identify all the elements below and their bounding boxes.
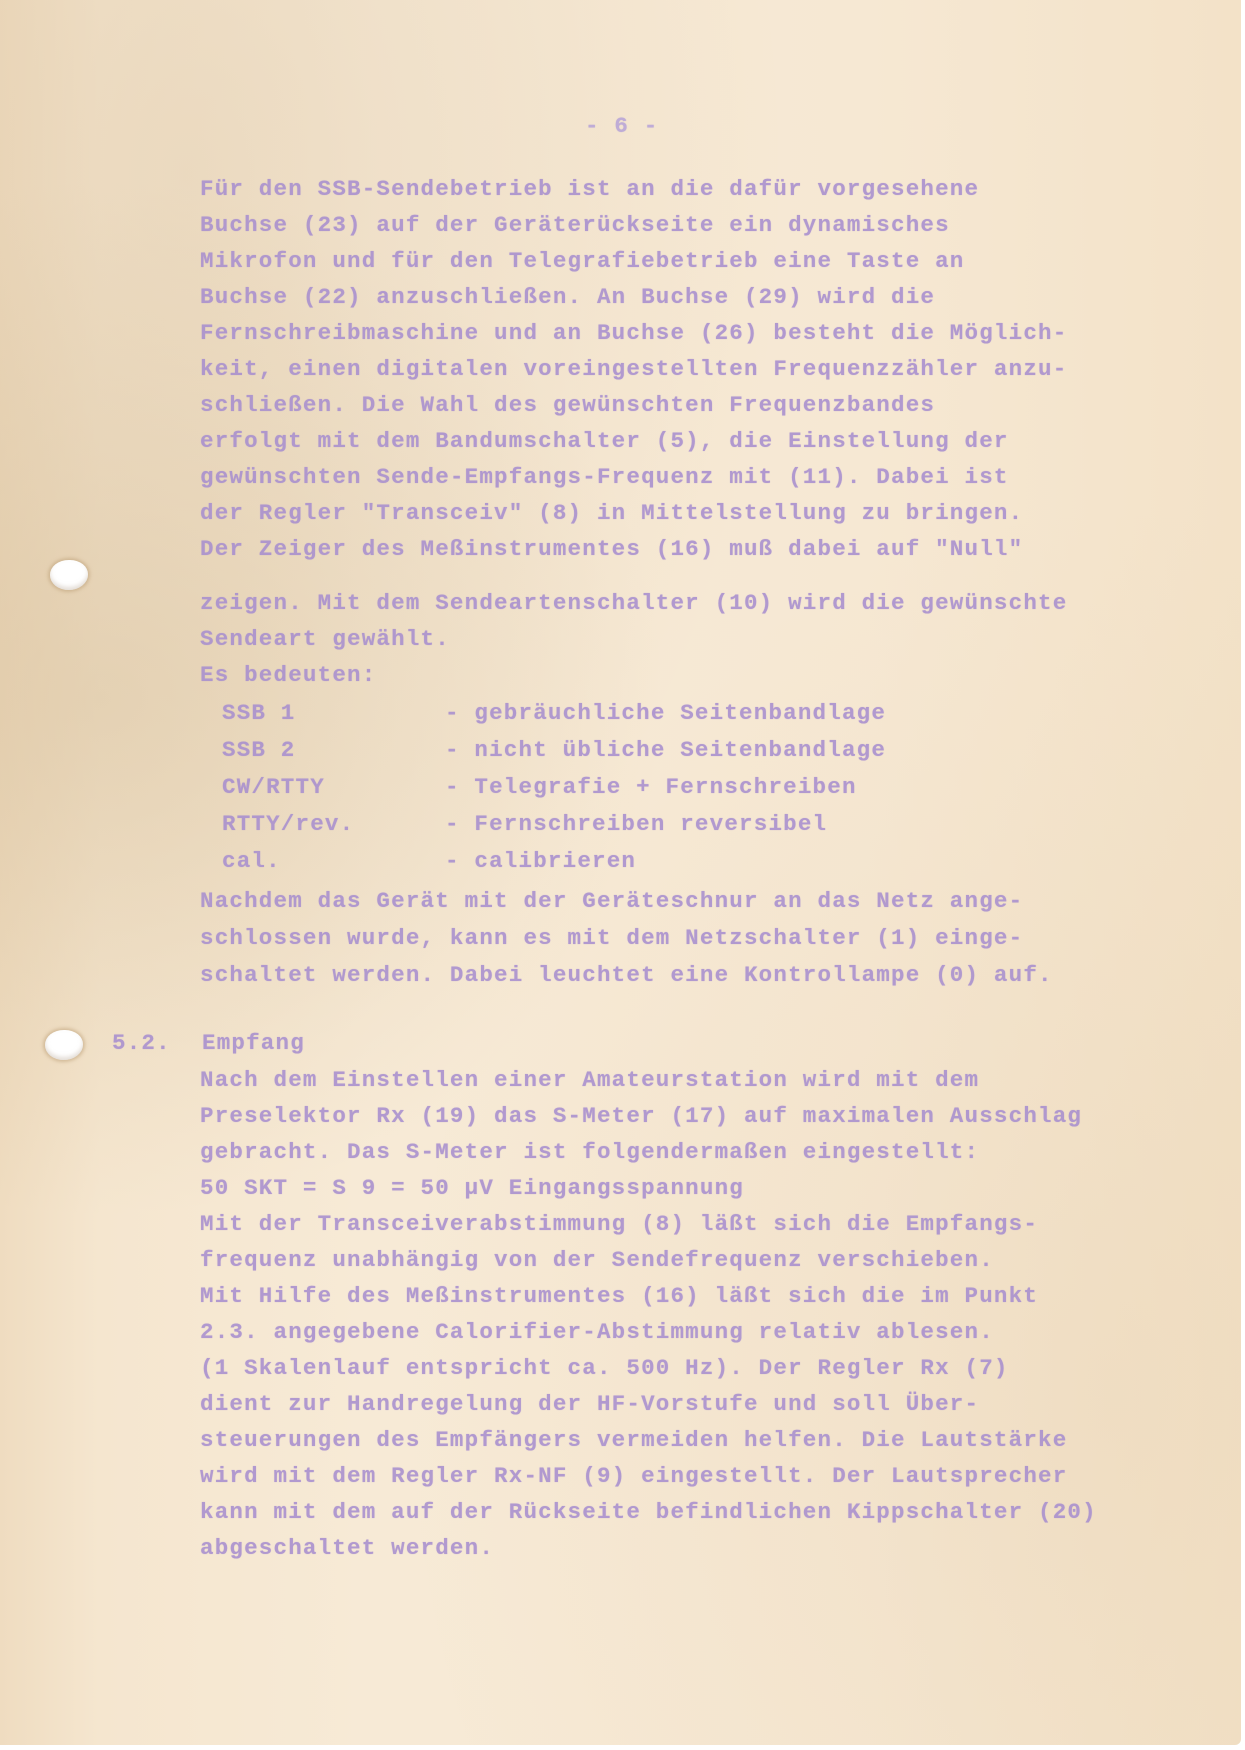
paragraph-line: Preselektor Rx (19) das S-Meter (17) auf… [200,1103,1082,1129]
paragraph-line: gewünschten Sende-Empfangs-Frequenz mit … [200,464,1009,490]
definition-meaning: - Fernschreiben reversibel [445,811,827,837]
paragraph-line: dient zur Handregelung der HF-Vorstufe u… [200,1391,979,1417]
paragraph-line: frequenz unabhängig von der Sendefrequen… [200,1247,994,1273]
paragraph-line: 50 SKT = S 9 = 50 µV Eingangsspannung [200,1175,744,1201]
definition-meaning: - calibrieren [445,848,636,874]
definition-term: cal. [222,848,281,874]
paragraph-line: (1 Skalenlauf entspricht ca. 500 Hz). De… [200,1355,1009,1381]
paragraph-line: der Regler "Transceiv" (8) in Mittelstel… [200,500,1023,526]
paper-sheet: - 6 - Für den SSB-Sendebetrieb ist an di… [0,0,1241,1745]
paragraph-line: 2.3. angegebene Calorifier-Abstimmung re… [200,1319,994,1345]
paragraph-line: Buchse (22) anzuschließen. An Buchse (29… [200,284,935,310]
paragraph-line: schließen. Die Wahl des gewünschten Freq… [200,392,935,418]
paragraph-line: Für den SSB-Sendebetrieb ist an die dafü… [200,176,979,202]
paragraph-line: kann mit dem auf der Rückseite befindlic… [200,1499,1097,1525]
punch-hole-top [50,560,88,590]
section-title: Empfang [202,1030,305,1056]
paragraph-line: Nachdem das Gerät mit der Geräteschnur a… [200,888,1023,914]
paragraph-line: wird mit dem Regler Rx-NF (9) eingestell… [200,1463,1067,1489]
definition-term: CW/RTTY [222,774,325,800]
punch-hole-bottom [45,1030,83,1060]
paragraph-line: abgeschaltet werden. [200,1535,494,1561]
definition-term: RTTY/rev. [222,811,354,837]
paragraph-line: erfolgt mit dem Bandumschalter (5), die … [200,428,1009,454]
paragraph-line: Mikrofon und für den Telegrafiebetrieb e… [200,248,965,274]
paragraph-line: schaltet werden. Dabei leuchtet eine Kon… [200,962,1053,988]
paragraph-line: Buchse (23) auf der Geräterückseite ein … [200,212,950,238]
definition-meaning: - nicht übliche Seitenbandlage [445,737,886,763]
paragraph-line: Fernschreibmaschine und an Buchse (26) b… [200,320,1067,346]
paragraph-line: Der Zeiger des Meßinstrumentes (16) muß … [200,536,1023,562]
definitions-heading: Es bedeuten: [200,662,376,688]
section-number: 5.2. [112,1030,171,1056]
paragraph-line: gebracht. Das S-Meter ist folgendermaßen… [200,1139,979,1165]
page-number: - 6 - [585,113,659,139]
paragraph-line: Mit Hilfe des Meßinstrumentes (16) läßt … [200,1283,1038,1309]
definition-meaning: - Telegrafie + Fernschreiben [445,774,857,800]
paragraph-line: Sendeart gewählt. [200,626,450,652]
paragraph-line: Nach dem Einstellen einer Amateurstation… [200,1067,979,1093]
paragraph-line: schlossen wurde, kann es mit dem Netzsch… [200,925,1023,951]
paragraph-line: keit, einen digitalen voreingestellten F… [200,356,1067,382]
paragraph-line: zeigen. Mit dem Sendeartenschalter (10) … [200,590,1067,616]
definition-term: SSB 1 [222,700,296,726]
paragraph-line: Mit der Transceiverabstimmung (8) läßt s… [200,1211,1038,1237]
paragraph-line: steuerungen des Empfängers vermeiden hel… [200,1427,1067,1453]
definition-meaning: - gebräuchliche Seitenbandlage [445,700,886,726]
definition-term: SSB 2 [222,737,296,763]
